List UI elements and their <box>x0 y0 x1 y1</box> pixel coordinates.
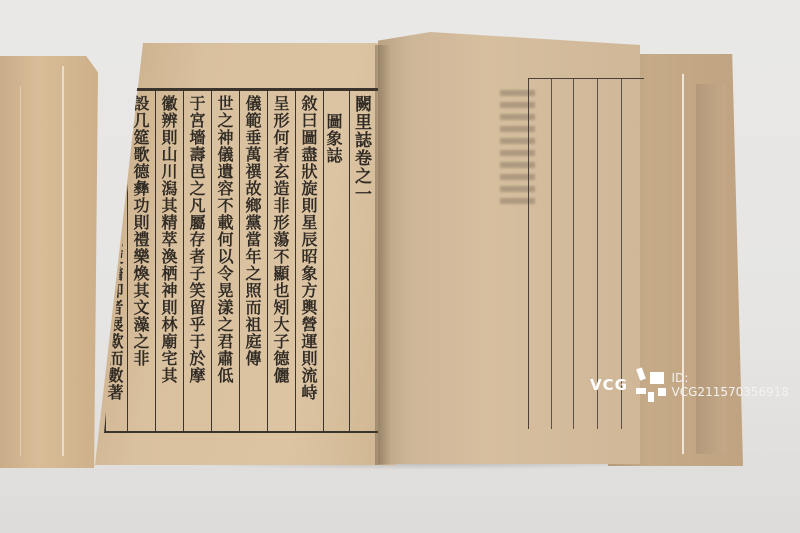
title-column: 闕里誌卷之一 <box>348 95 374 203</box>
watermark-logo: VCG <box>590 376 628 394</box>
text-column: 底天樣墨池神彩烏能使瞻仰者展歎而數著 <box>102 95 126 401</box>
text-column: 于宮墻壽邑之凡屬存者子笑留乎于於摩 <box>184 95 208 384</box>
column-rule <box>239 91 240 431</box>
column-rule <box>349 91 350 431</box>
adjacent-book <box>0 56 98 468</box>
column-rule <box>551 79 552 429</box>
column-rule <box>127 91 128 431</box>
vcg-burst-icon <box>634 368 666 402</box>
text-column: 儀範垂萬禩故鄉黨當年之照而祖庭傳 <box>240 95 264 367</box>
text-column: 敘曰圖盡狀旋則星辰昭象方輿營運則流峙 <box>296 95 320 401</box>
text-column: 設几筵歌德彝功則禮樂煥其文藻之非 <box>128 95 152 367</box>
text-column: 世之神儀遺容不載何以令晃漾之君肅低 <box>212 95 236 384</box>
column-rule <box>155 91 156 431</box>
column-rule <box>183 91 184 431</box>
binding-thread <box>20 86 21 456</box>
column-rule <box>573 79 574 429</box>
printed-text-block: 闕里誌卷之一 圖象誌 敘曰圖盡狀旋則星辰昭象方輿營運則流峙 呈形何者玄造非形蕩不… <box>104 88 380 433</box>
text-column: 徽辨則山川潟其精萃渙栖神則林廟宅其 <box>156 95 180 384</box>
column-rule <box>211 91 212 431</box>
column-rule <box>295 91 296 431</box>
text-column: 呈形何者玄造非形蕩不顯也矧大子德儷 <box>268 95 292 384</box>
column-rule <box>323 91 324 431</box>
watermark-id: ID: VCG211570356918 <box>672 371 800 399</box>
binding-thread <box>62 66 64 456</box>
watermark: VCG ID: VCG211570356918 <box>590 368 800 402</box>
gutter-shadow <box>375 45 391 465</box>
column-rule <box>267 91 268 431</box>
